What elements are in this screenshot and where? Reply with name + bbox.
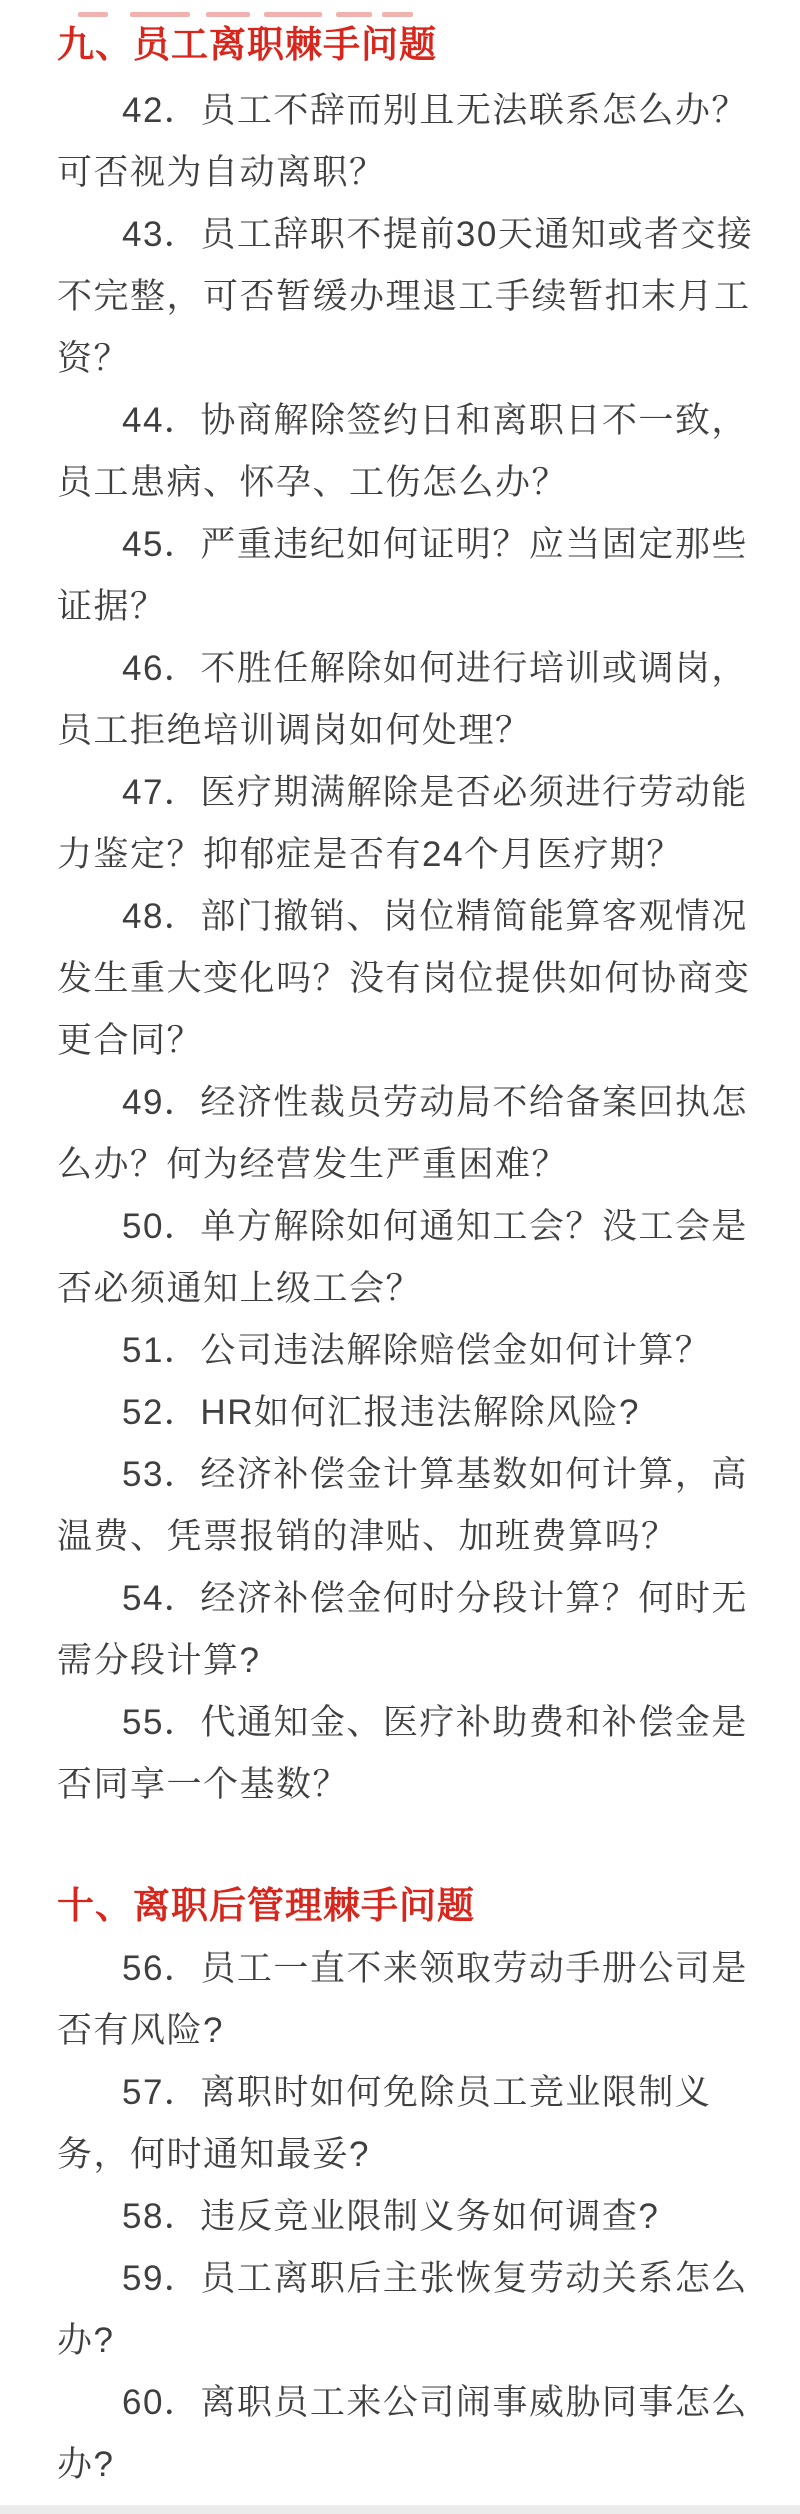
question-first-line: 47．医疗期满解除是否必须进行劳动能 xyxy=(57,762,757,824)
question-continuation-line: 否必须通知上级工会？ xyxy=(57,1258,757,1320)
question-continuation-line: 否有风险? xyxy=(57,2000,757,2062)
question-first-line: 43．员工辞职不提前30天通知或者交接 xyxy=(57,204,757,266)
question-first-line: 57．离职时如何免除员工竞业限制义 xyxy=(57,2062,757,2124)
question-first-line: 60．离职员工来公司闹事威胁同事怎么 xyxy=(57,2372,757,2434)
question-continuation-line: 需分段计算? xyxy=(57,1630,757,1692)
question-continuation-line: 员工患病、怀孕、工伤怎么办？ xyxy=(57,452,757,514)
question-first-line: 48．部门撤销、岗位精简能算客观情况 xyxy=(57,886,757,948)
section-heading: 九、员工离职棘手问题 xyxy=(57,14,757,76)
question-first-line: 56．员工一直不来领取劳动手册公司是 xyxy=(57,1938,757,2000)
question-continuation-line: 发生重大变化吗？没有岗位提供如何协商变 xyxy=(57,948,757,1010)
question-continuation-line: 更合同？ xyxy=(57,1010,757,1072)
question-first-line: 49．经济性裁员劳动局不给备案回执怎 xyxy=(57,1072,757,1134)
question-first-line: 55．代通知金、医疗补助费和补偿金是 xyxy=(57,1692,757,1754)
question-first-line: 54．经济补偿金何时分段计算？何时无 xyxy=(57,1568,757,1630)
question-first-line: 58．违反竞业限制义务如何调查? xyxy=(57,2186,757,2248)
question-first-line: 51．公司违法解除赔偿金如何计算？ xyxy=(57,1320,757,1382)
question-first-line: 53．经济补偿金计算基数如何计算，高 xyxy=(57,1444,757,1506)
question-continuation-line: 力鉴定？抑郁症是否有24个月医疗期？ xyxy=(57,824,757,886)
page-bottom-divider xyxy=(0,2505,800,2514)
question-continuation-line: 办? xyxy=(57,2310,757,2372)
question-continuation-line: 可否视为自动离职？ xyxy=(57,142,757,204)
question-continuation-line: 否同享一个基数？ xyxy=(57,1754,757,1816)
question-continuation-line: 资？ xyxy=(57,328,757,390)
question-first-line: 45．严重违纪如何证明？应当固定那些 xyxy=(57,514,757,576)
question-first-line: 59．员工离职后主张恢复劳动关系怎么 xyxy=(57,2248,757,2310)
question-continuation-line: 办? xyxy=(57,2434,757,2496)
question-continuation-line: 务，何时通知最妥? xyxy=(57,2124,757,2186)
question-continuation-line: 员工拒绝培训调岗如何处理？ xyxy=(57,700,757,762)
document-page: 九、员工离职棘手问题42．员工不辞而别且无法联系怎么办？可否视为自动离职？43．… xyxy=(0,0,800,2514)
question-continuation-line: 么办？何为经营发生严重困难？ xyxy=(57,1134,757,1196)
question-first-line: 42．员工不辞而别且无法联系怎么办？ xyxy=(57,80,757,142)
question-continuation-line: 证据？ xyxy=(57,576,757,638)
question-continuation-line: 温费、凭票报销的津贴、加班费算吗？ xyxy=(57,1506,757,1568)
question-continuation-line: 不完整，可否暂缓办理退工手续暂扣末月工 xyxy=(57,266,757,328)
question-first-line: 44．协商解除签约日和离职日不一致， xyxy=(57,390,757,452)
question-first-line: 50．单方解除如何通知工会？没工会是 xyxy=(57,1196,757,1258)
section-heading: 十、离职后管理棘手问题 xyxy=(57,1875,757,1937)
question-first-line: 52．HR如何汇报违法解除风险? xyxy=(57,1382,757,1444)
question-first-line: 46．不胜任解除如何进行培训或调岗， xyxy=(57,638,757,700)
